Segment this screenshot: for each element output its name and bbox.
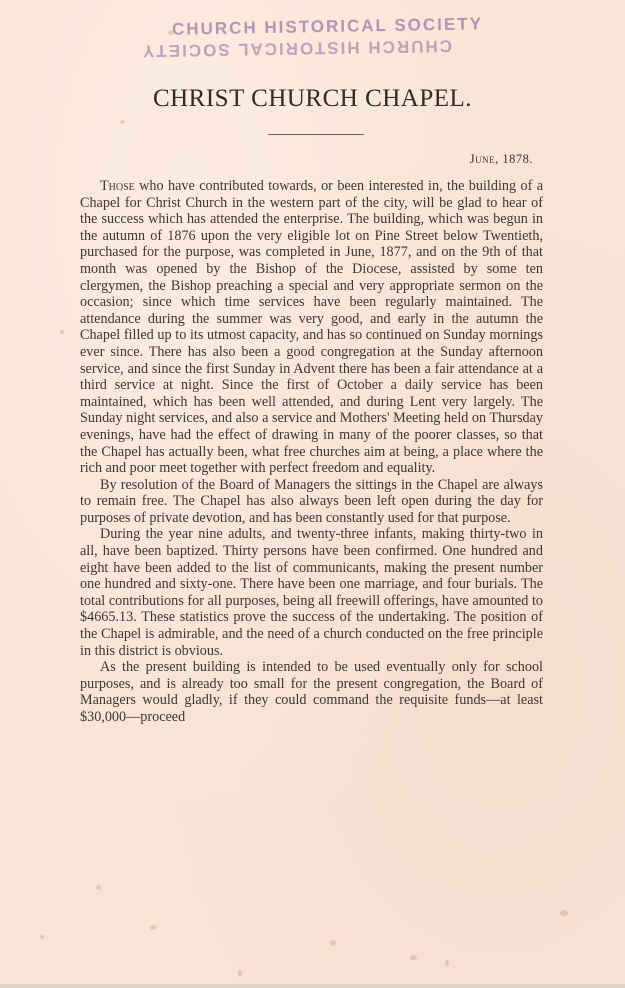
date-month: June (470, 152, 495, 166)
page-bottom-edge (0, 984, 625, 988)
foxing-spot (40, 935, 44, 939)
paragraph: As the present building is intended to b… (80, 659, 543, 725)
foxing-spot (238, 970, 242, 977)
paragraph-text: During the year nine adults, and twenty-… (80, 526, 543, 658)
paragraph: Those who have contributed towards, or b… (80, 178, 543, 477)
foxing-spot (60, 330, 64, 334)
paragraph-text: By resolution of the Board of Managers t… (80, 477, 543, 526)
paragraph: By resolution of the Board of Managers t… (80, 477, 543, 527)
foxing-spot (120, 120, 125, 124)
paragraph-text: who have contributed towards, or been in… (80, 178, 543, 476)
dateline: June, 1878. (470, 152, 533, 167)
library-stamp-inverted: CHURCH HISTORICAL SOCIETY (141, 35, 452, 60)
foxing-spot (445, 960, 449, 966)
foxing-spot (560, 910, 568, 916)
paragraph: During the year nine adults, and twenty-… (80, 526, 543, 659)
title-rule (268, 134, 364, 135)
foxing-spot (96, 885, 101, 890)
document-title: CHRIST CHURCH CHAPEL. (0, 85, 625, 113)
document-body: Those who have contributed towards, or b… (80, 178, 543, 726)
date-year: , 1878. (495, 152, 533, 166)
paragraph-lead: Those (100, 178, 135, 194)
foxing-spot (330, 940, 336, 946)
foxing-spot (150, 925, 156, 930)
foxing-spot (410, 955, 417, 960)
paragraph-text: As the present building is intended to b… (80, 659, 543, 725)
document-page: CHURCH HISTORICAL SOCIETY CHURCH HISTORI… (0, 0, 625, 988)
